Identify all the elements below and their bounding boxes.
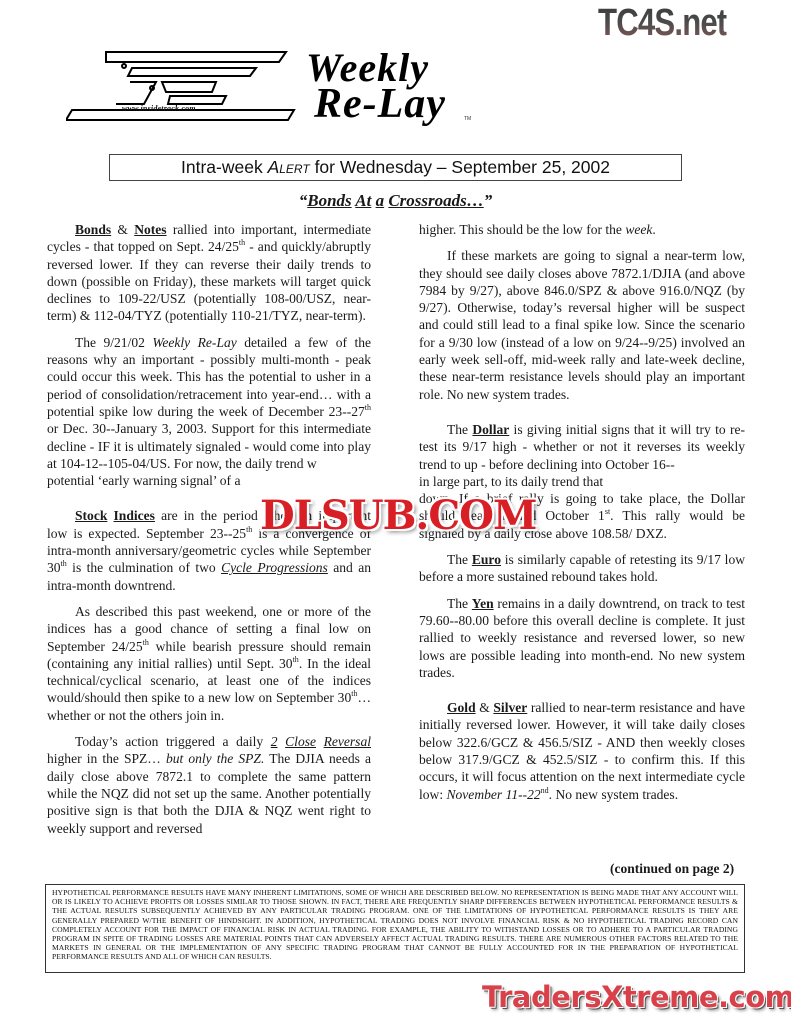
keyword-euro: Euro <box>472 552 501 567</box>
tradersxtreme-watermark: TradersXtreme.com <box>482 980 791 1014</box>
title-alert: Alert <box>268 157 310 177</box>
title-suffix: for Wednesday – September 25, 2002 <box>310 157 610 177</box>
text: . <box>652 222 655 237</box>
text: The <box>447 422 472 437</box>
text: potential ‘early warning signal’ of a <box>47 473 240 488</box>
text: The <box>447 596 472 611</box>
text: . No new system trades. <box>549 787 678 802</box>
tc4s-watermark: TC4S.net <box>598 2 726 45</box>
paragraph-today: Today’s action triggered a daily 2 Close… <box>47 733 371 837</box>
text: If these markets are going to signal a n… <box>419 248 745 401</box>
publication-name: Weekly Re-Lay <box>152 335 236 350</box>
emphasis: November 11--22 <box>446 787 540 802</box>
keyword-gold: Gold <box>447 700 476 715</box>
reversal-term: 2 <box>271 734 278 749</box>
issue-title-box: Intra-week Alert for Wednesday – Septemb… <box>109 154 682 181</box>
title-prefix: Intra-week <box>181 157 268 177</box>
keyword-yen: Yen <box>472 596 494 611</box>
superscript: th <box>365 403 371 412</box>
paragraph-continuation: higher. This should be the low for the w… <box>419 221 745 238</box>
reversal-term: Reversal <box>324 734 371 749</box>
headline-word: a <box>376 191 385 210</box>
superscript: nd <box>541 786 549 795</box>
paragraph-metals: Gold & Silver rallied to near-term resis… <box>419 699 745 803</box>
headline-word: Crossroads… <box>388 191 483 210</box>
paragraph-relay: The 9/21/02 Weekly Re-Lay detailed a few… <box>47 334 371 490</box>
keyword-silver: Silver <box>493 700 527 715</box>
ampersand: & <box>111 222 134 237</box>
logo-url-text: www.insidetrack.com <box>122 104 196 113</box>
dlsub-watermark: DLSUB.COM <box>256 494 534 538</box>
logo-title-relay: Re-Lay <box>314 80 446 128</box>
continued-on-page-link[interactable]: (continued on page 2) <box>610 861 734 877</box>
paragraph-bonds: Bonds & Notes rallied into important, in… <box>47 221 371 325</box>
reversal-term: Close <box>285 734 316 749</box>
itc-logo-icon <box>66 48 306 128</box>
text: The <box>447 552 472 567</box>
paragraph-yen: The Yen remains in a daily downtrend, on… <box>419 595 745 681</box>
dlsub-watermark-text: DLSUB.COM <box>260 492 536 539</box>
text: Today’s action triggered a daily <box>75 734 271 749</box>
keyword-notes: Notes <box>134 222 166 237</box>
emphasis: but only the SPZ. <box>166 751 264 766</box>
headline-close-quote: ” <box>484 191 493 210</box>
keyword-bonds: Bonds <box>75 222 111 237</box>
paragraph-described: As described this past weekend, one or m… <box>47 603 371 724</box>
trademark-mark: TM <box>464 116 471 122</box>
newsletter-logo: www.insidetrack.com Weekly Re-Lay TM <box>66 48 476 138</box>
emphasis: week <box>625 222 652 237</box>
hypothetical-performance-disclaimer: Hypothetical performance results have ma… <box>45 884 745 973</box>
text: is the culmination of two <box>67 560 221 575</box>
cycle-progressions-term: Cycle Progressions <box>221 560 328 575</box>
ampersand: & <box>476 700 494 715</box>
keyword-stock: Stock <box>75 508 107 523</box>
paragraph-signal: If these markets are going to signal a n… <box>419 247 745 403</box>
headline-word: At <box>355 191 371 210</box>
text: or Dec. 30--January 3, 2003. Support for… <box>47 421 371 471</box>
headline-open-quote: “ <box>299 191 308 210</box>
keyword-indices: Indices <box>114 508 155 523</box>
article-headline: “Bonds At a Crossroads…” <box>0 191 791 211</box>
text: The 9/21/02 <box>75 335 152 350</box>
text: in large part, to its daily trend that <box>419 474 603 489</box>
headline-word: Bonds <box>307 191 351 210</box>
paragraph-euro: The Euro is similarly capable of retesti… <box>419 551 745 586</box>
keyword-dollar: Dollar <box>472 422 509 437</box>
text: higher in the SPZ… <box>47 751 166 766</box>
text: higher. This should be the low for the <box>419 222 625 237</box>
